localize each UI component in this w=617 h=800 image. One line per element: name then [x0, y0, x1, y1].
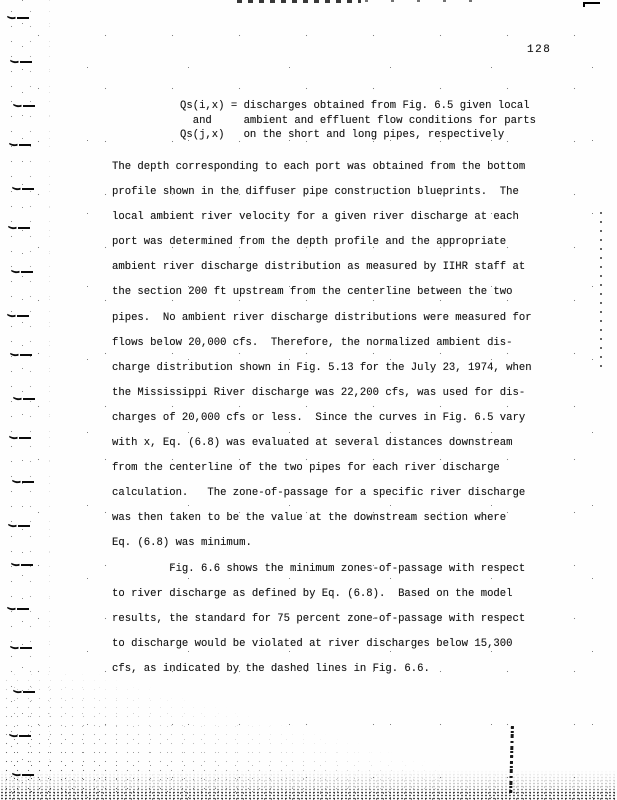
top-edge-dashed-line [237, 0, 361, 3]
text-line: charges of 20,000 cfs or less. Since the… [112, 406, 532, 431]
left-edge-speckle-layer [0, 0, 58, 800]
text-line: local ambient river velocity for a given… [112, 205, 532, 230]
scan-artifact-mark [6, 347, 38, 362]
scan-artifact-mark [6, 54, 38, 69]
text-line: The depth corresponding to each port was… [112, 155, 532, 180]
text-line: from the centerline of the two pipes for… [112, 456, 532, 481]
scan-artifact-mark [9, 391, 41, 406]
text-line: results, the standard for 75 percent zon… [112, 607, 532, 632]
scan-artifact-mark [8, 181, 40, 196]
scan-artifact-mark [9, 684, 41, 699]
scan-artifact-mark [7, 557, 39, 572]
scan-artifact-mark [3, 308, 35, 323]
text-line: profile shown in the diffuser pipe const… [112, 180, 532, 205]
text-line: Qs(i,x) = discharges obtained from Fig. … [180, 99, 536, 114]
equation-definition-block: Qs(i,x) = discharges obtained from Fig. … [180, 99, 536, 143]
top-right-corner-mark [585, 2, 600, 4]
right-margin-dotted-streak [600, 212, 602, 372]
scan-artifact-mark [4, 518, 36, 533]
text-line: flows below 20,000 cfs. Therefore, the n… [112, 331, 532, 356]
scan-artifact-mark [5, 430, 37, 445]
text-line: to discharge would be violated at river … [112, 632, 532, 657]
scan-artifact-mark [3, 601, 35, 616]
scan-artifact-mark [5, 137, 37, 152]
text-line: and ambient and effluent flow conditions… [180, 114, 536, 129]
text-line: Fig. 6.6 shows the minimum zones-of-pass… [112, 557, 532, 582]
text-line: the section 200 ft upstream from the cen… [112, 280, 532, 305]
text-line: port was determined from the depth profi… [112, 230, 532, 255]
scan-artifact-mark [9, 98, 41, 113]
text-line: was then taken to be the value at the do… [112, 506, 532, 531]
bottom-edge-noise-band [0, 770, 617, 800]
bottom-left-noise [0, 674, 440, 792]
bottom-right-ink-streak [509, 726, 514, 796]
scan-artifact-mark [8, 474, 40, 489]
top-edge-sparse-dashes [365, 0, 495, 2]
scan-artifact-mark [6, 640, 38, 655]
text-line: Qs(j,x) on the short and long pipes, res… [180, 128, 536, 143]
scan-artifact-mark [3, 10, 35, 25]
text-line: pipes. No ambient river discharge distri… [112, 306, 532, 331]
text-line: with x, Eq. (6.8) was evaluated at sever… [112, 431, 532, 456]
text-line: ambient river discharge distribution as … [112, 255, 532, 280]
scan-artifact-mark [4, 220, 36, 235]
text-line: Eq. (6.8) was minimum. [112, 531, 532, 556]
body-text: The depth corresponding to each port was… [112, 155, 532, 682]
text-line: calculation. The zone-of-passage for a s… [112, 481, 532, 506]
scanned-document-page: 128 Qs(i,x) = discharges obtained from F… [0, 0, 617, 800]
scan-artifact-mark [5, 728, 37, 743]
scan-artifact-mark [8, 767, 40, 782]
page-number: 128 [527, 44, 551, 56]
text-line: cfs, as indicated by the dashed lines in… [112, 657, 532, 682]
scan-artifact-mark [7, 264, 39, 279]
text-line: charge distribution shown in Fig. 5.13 f… [112, 356, 532, 381]
text-line: the Mississippi River discharge was 22,2… [112, 381, 532, 406]
text-line: to river discharge as defined by Eq. (6.… [112, 582, 532, 607]
